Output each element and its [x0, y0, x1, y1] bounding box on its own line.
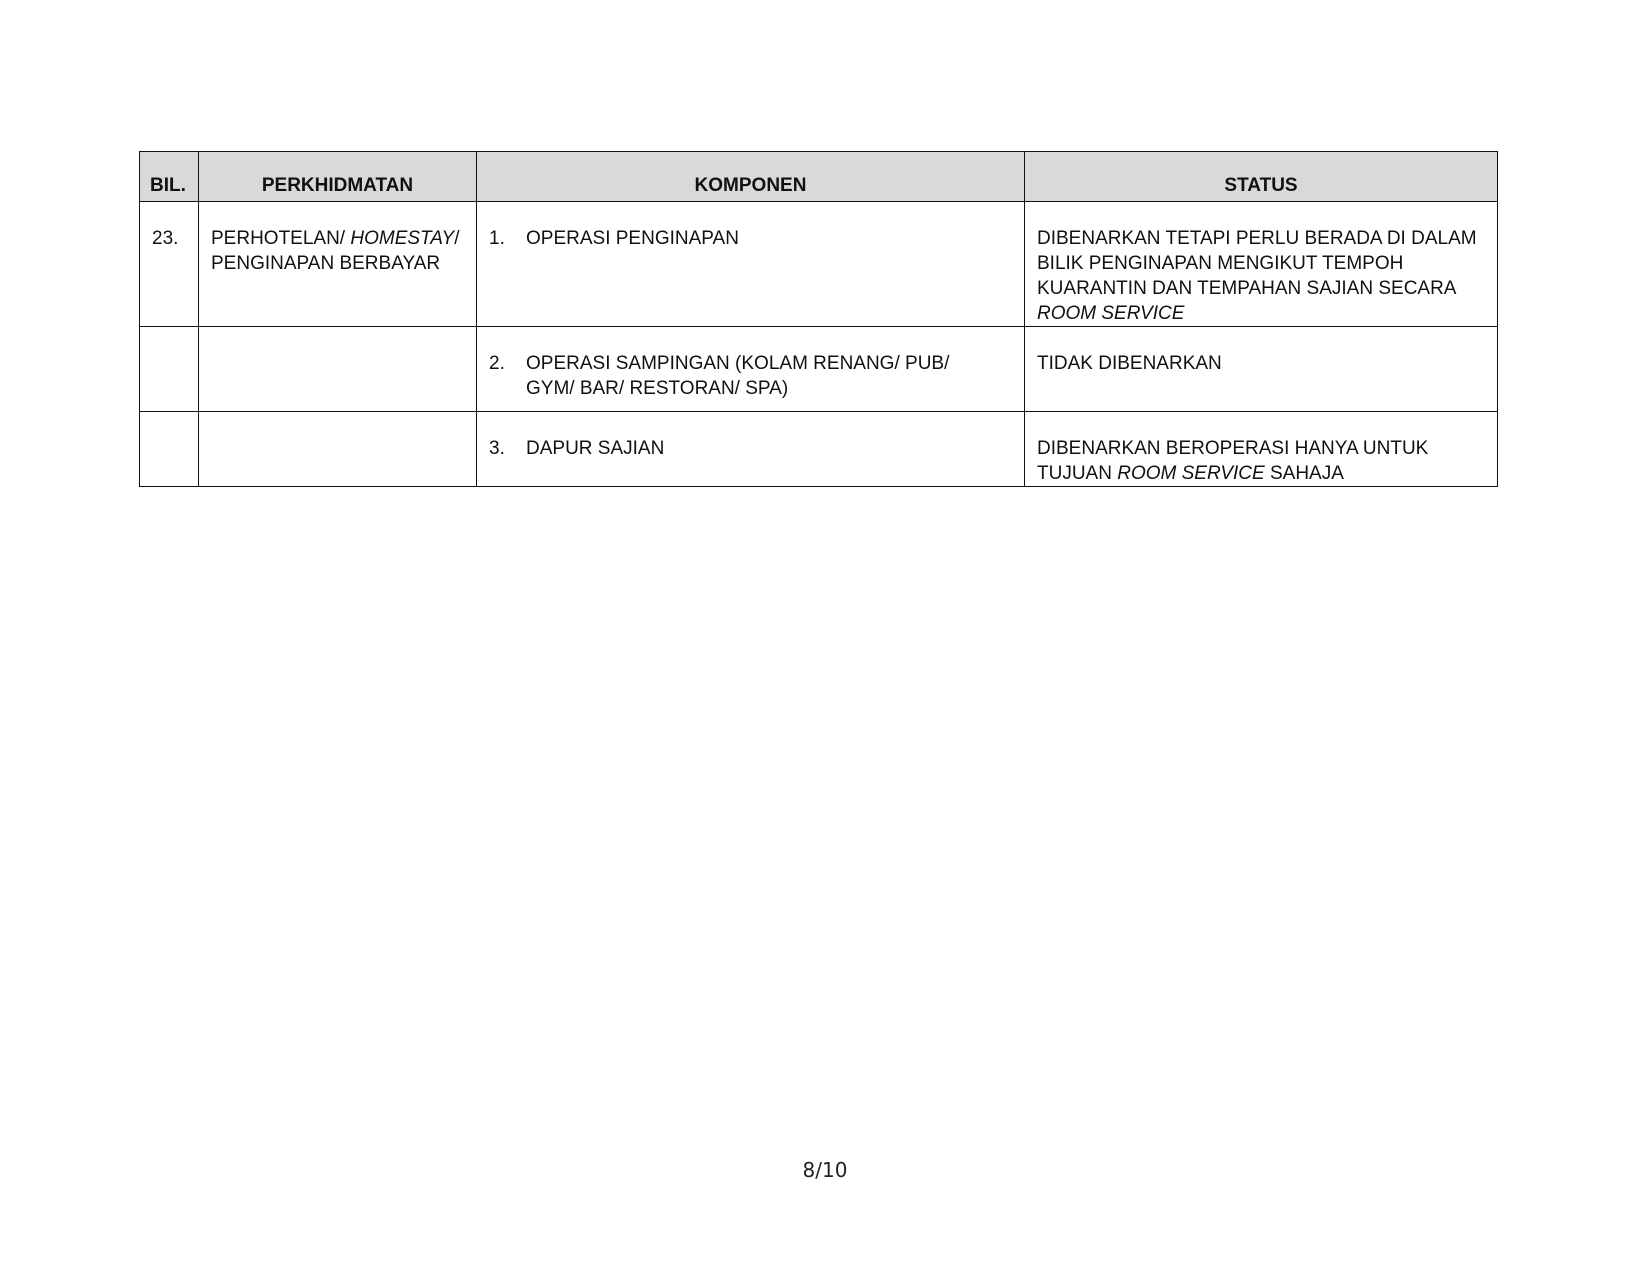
komponen-number: 3.	[489, 436, 526, 461]
perkhidmatan-line2: PENGINAPAN BERBAYAR	[211, 253, 440, 274]
status-italic: ROOM SERVICE	[1037, 303, 1184, 324]
table-row: 3.DAPUR SAJIAN DIBENARKAN BEROPERASI HAN…	[140, 412, 1498, 487]
header-bil: BIL.	[140, 152, 199, 202]
perkhidmatan-italic: HOMESTAY	[350, 228, 454, 249]
header-status: STATUS	[1025, 152, 1498, 202]
perkhidmatan-text: PERHOTELAN/	[211, 228, 350, 249]
cell-status: TIDAK DIBENARKAN	[1025, 327, 1498, 412]
services-table: BIL. PERKHIDMATAN KOMPONEN STATUS 23. PE…	[139, 151, 1498, 487]
status-text: TIDAK DIBENARKAN	[1037, 353, 1222, 374]
table-row: 2.OPERASI SAMPINGAN (KOLAM RENANG/ PUB/ …	[140, 327, 1498, 412]
status-italic: ROOM SERVICE	[1117, 463, 1264, 484]
perkhidmatan-slash: /	[454, 228, 459, 249]
status-text-after: SAHAJA	[1265, 463, 1344, 484]
komponen-number: 1.	[489, 226, 526, 251]
cell-komponen: 1.OPERASI PENGINAPAN	[477, 202, 1025, 327]
komponen-text: DAPUR SAJIAN	[526, 436, 966, 461]
table-header-row: BIL. PERKHIDMATAN KOMPONEN STATUS	[140, 152, 1498, 202]
cell-perkhidmatan	[199, 412, 477, 487]
cell-komponen: 3.DAPUR SAJIAN	[477, 412, 1025, 487]
komponen-text: OPERASI PENGINAPAN	[526, 226, 966, 251]
cell-komponen: 2.OPERASI SAMPINGAN (KOLAM RENANG/ PUB/ …	[477, 327, 1025, 412]
cell-status: DIBENARKAN BEROPERASI HANYA UNTUK TUJUAN…	[1025, 412, 1498, 487]
table-row: 23. PERHOTELAN/ HOMESTAY/PENGINAPAN BERB…	[140, 202, 1498, 327]
cell-bil	[140, 327, 199, 412]
status-text: DIBENARKAN TETAPI PERLU BERADA DI DALAM …	[1037, 228, 1477, 299]
cell-perkhidmatan: PERHOTELAN/ HOMESTAY/PENGINAPAN BERBAYAR	[199, 202, 477, 327]
cell-perkhidmatan	[199, 327, 477, 412]
cell-status: DIBENARKAN TETAPI PERLU BERADA DI DALAM …	[1025, 202, 1498, 327]
header-perkhidmatan: PERKHIDMATAN	[199, 152, 477, 202]
cell-bil	[140, 412, 199, 487]
komponen-number: 2.	[489, 351, 526, 376]
page-number: 8/10	[0, 1158, 1650, 1182]
komponen-text: OPERASI SAMPINGAN (KOLAM RENANG/ PUB/ GY…	[526, 351, 966, 401]
cell-bil: 23.	[140, 202, 199, 327]
header-komponen: KOMPONEN	[477, 152, 1025, 202]
